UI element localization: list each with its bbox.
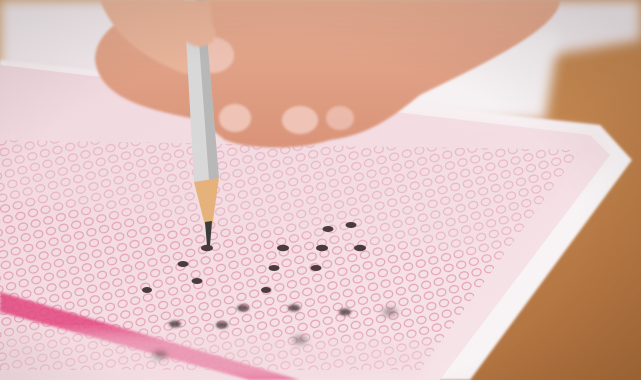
answer-sheet-photo	[0, 0, 641, 380]
photo-scene	[0, 0, 641, 380]
